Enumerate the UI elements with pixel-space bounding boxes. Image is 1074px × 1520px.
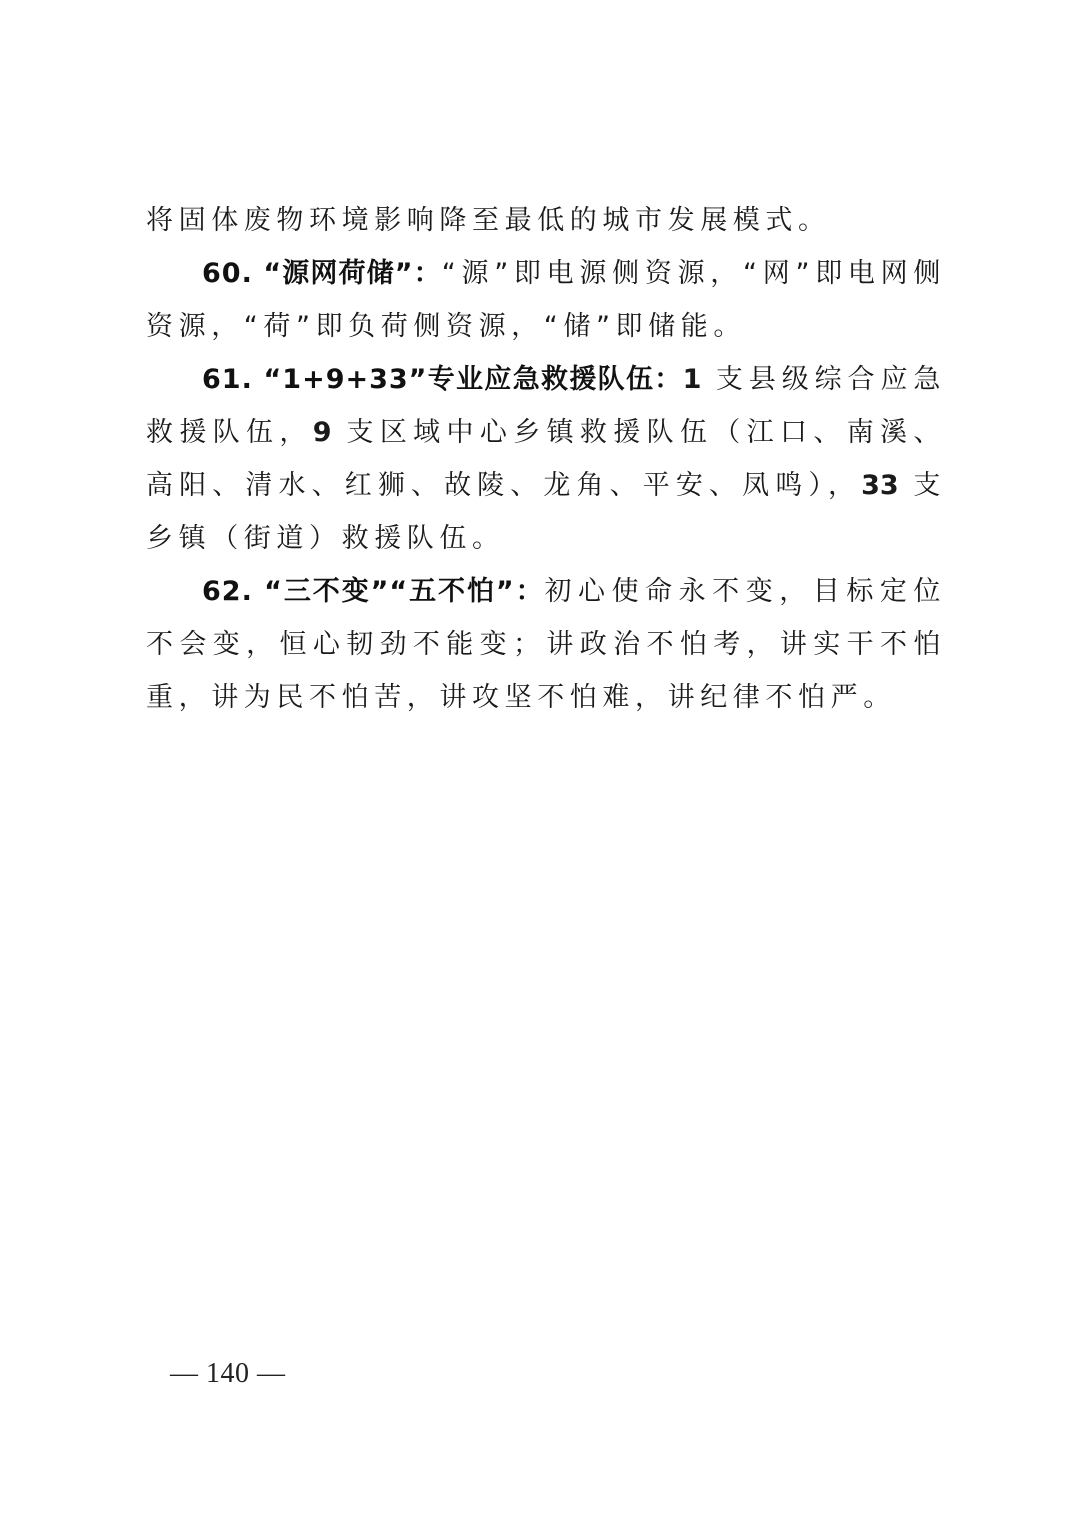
document-page: 将固体废物环境影响降至最低的城市发展模式。 60. “源网荷储”：“源”即电源侧… <box>0 0 1074 1520</box>
term-heading: 60. “源网荷储”： <box>202 258 442 289</box>
document-body: 将固体废物环境影响降至最低的城市发展模式。 60. “源网荷储”：“源”即电源侧… <box>146 194 946 724</box>
term-heading: 62. “三不变”“五不怕”： <box>202 576 545 607</box>
paragraph-continuation: 将固体废物环境影响降至最低的城市发展模式。 <box>146 194 946 247</box>
paragraph-text: 将固体废物环境影响降至最低的城市发展模式。 <box>146 205 831 236</box>
count-number: 1 <box>683 364 702 395</box>
count-number: 33 <box>861 470 899 501</box>
paragraph-60-yuan-wang-he-chu: 60. “源网荷储”：“源”即电源侧资源，“网”即电网侧资源，“荷”即负荷侧资源… <box>146 247 946 353</box>
term-heading: 61. “1+9+33”专业应急救援队伍： <box>202 364 683 395</box>
paragraph-61-rescue-teams: 61. “1+9+33”专业应急救援队伍：1 支县级综合应急救援队伍，9 支区域… <box>146 353 946 565</box>
page-number: — 140 — <box>170 1358 286 1390</box>
count-number: 9 <box>313 417 332 448</box>
paragraph-62-three-unchanged-five-unafraid: 62. “三不变”“五不怕”：初心使命永不变，目标定位不会变，恒心韧劲不能变；讲… <box>146 565 946 724</box>
